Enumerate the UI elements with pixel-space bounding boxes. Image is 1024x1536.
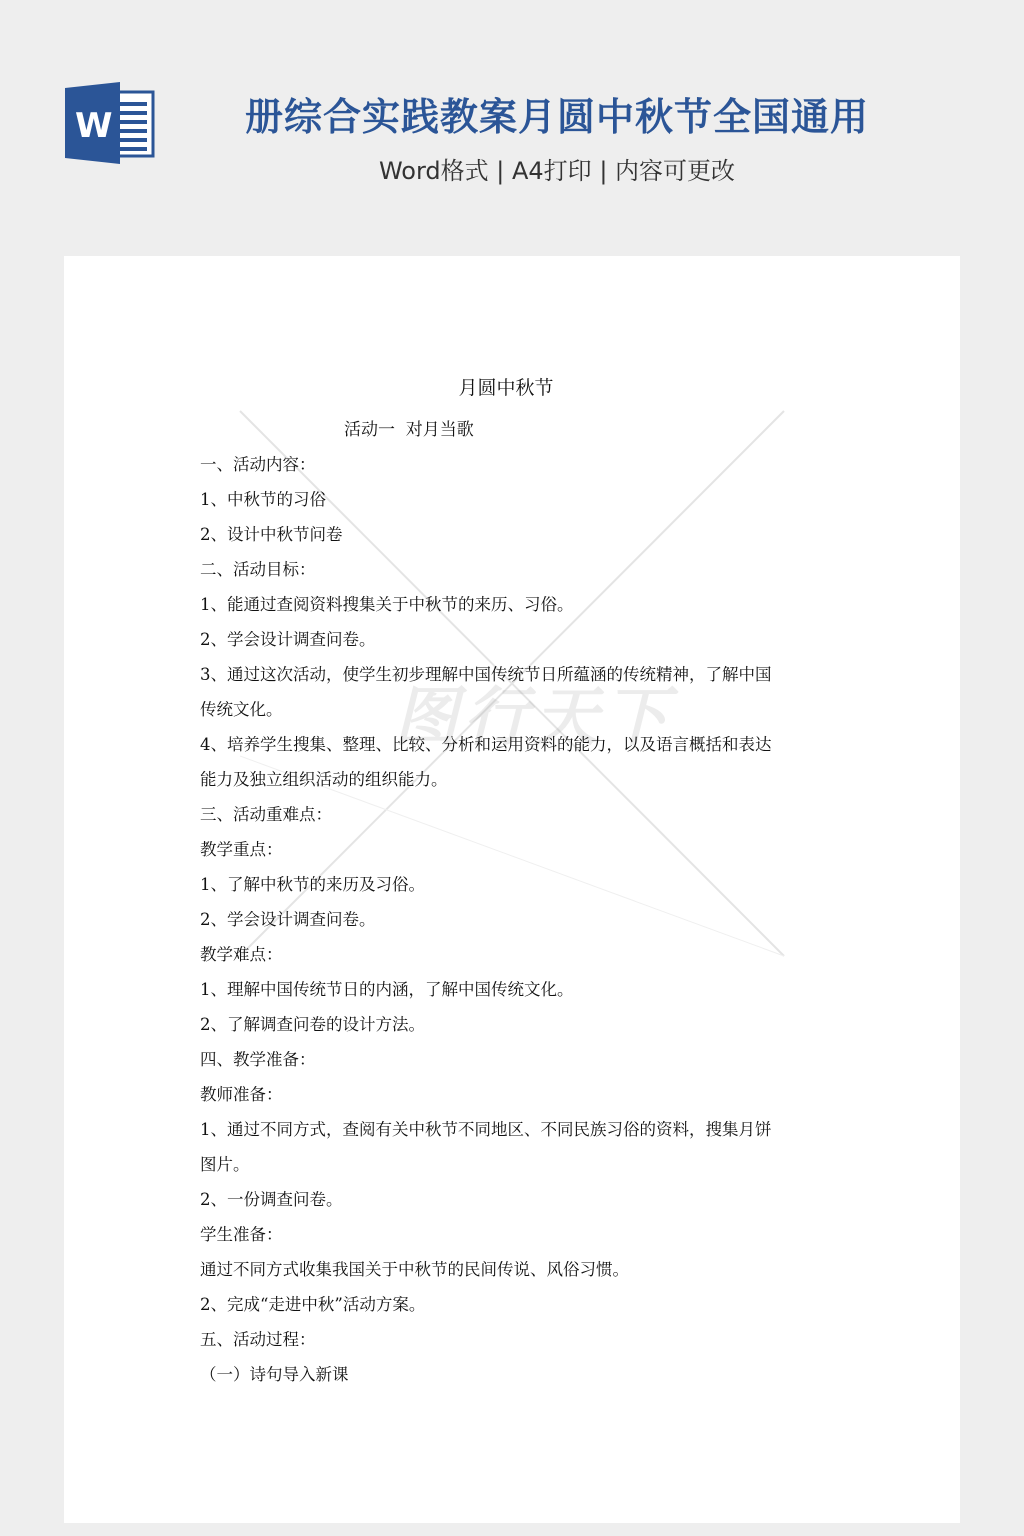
paragraph-line: 1、通过不同方式，查阅有关中秋节不同地区、不同民族习俗的资料，搜集月饼 [200,1117,772,1143]
paragraph-line: 1、中秋节的习俗 [200,487,326,513]
subsection-label: 学生准备： [200,1222,283,1248]
paragraph-line: 2、完成“走进中秋”活动方案。 [200,1292,425,1318]
subsection-label: 教学重点： [200,837,283,863]
paragraph-line: 2、学会设计调查问卷。 [200,907,376,933]
paragraph-line: 3、通过这次活动，使学生初步理解中国传统节日所蕴涵的传统精神，了解中国 [200,662,772,688]
section-heading-content: 一、活动内容： [200,452,316,478]
paragraph-line: 2、一份调查问卷。 [200,1187,343,1213]
section-heading-preparation: 四、教学准备： [200,1047,316,1073]
paragraph-line: 2、了解调查问卷的设计方法。 [200,1012,425,1038]
svg-text:W: W [75,106,113,146]
paragraph-line: 1、了解中秋节的来历及习俗。 [200,872,425,898]
paragraph-line: 通过不同方式收集我国关于中秋节的民间传说、风俗习惯。 [200,1257,629,1283]
document-heading: 月圆中秋节 [200,374,812,402]
paragraph-line: 图片。 [200,1152,250,1178]
paragraph-line: 能力及独立组织活动的组织能力。 [200,767,448,793]
subsection-label: 教师准备： [200,1082,283,1108]
section-heading-key-points: 三、活动重难点： [200,802,332,828]
paragraph-line: 1、能通过查阅资料搜集关于中秋节的来历、习俗。 [200,592,574,618]
document-subtitle: Word格式 | A4打印 | 内容可更改 [200,153,914,189]
paragraph-line: 4、培养学生搜集、整理、比较、分析和运用资料的能力，以及语言概括和表达 [200,732,772,758]
section-heading-process: 五、活动过程： [200,1327,316,1353]
activity-subheading: 活动一 对月当歌 [344,416,474,444]
paragraph-line: 2、学会设计调查问卷。 [200,627,376,653]
section-heading-goals: 二、活动目标： [200,557,316,583]
paragraph-line: （一）诗句导入新课 [200,1362,349,1388]
paragraph-line: 2、设计中秋节问卷 [200,522,343,548]
subsection-label: 教学难点： [200,942,283,968]
word-document-icon: W [65,82,157,164]
watermark-diagonal-lines [64,256,960,1523]
paragraph-line: 传统文化。 [200,697,283,723]
header-banner: W 册综合实践教案月圆中秋节全国通用 Word格式 | A4打印 | 内容可更改 [0,0,1024,255]
document-title: 册综合实践教案月圆中秋节全国通用 [200,92,914,142]
document-page: 图行天下 月圆中秋节 活动一 对月当歌 一、活动内容： 1、中秋节的习俗 2、设… [64,256,960,1523]
paragraph-line: 1、理解中国传统节日的内涵，了解中国传统文化。 [200,977,574,1003]
